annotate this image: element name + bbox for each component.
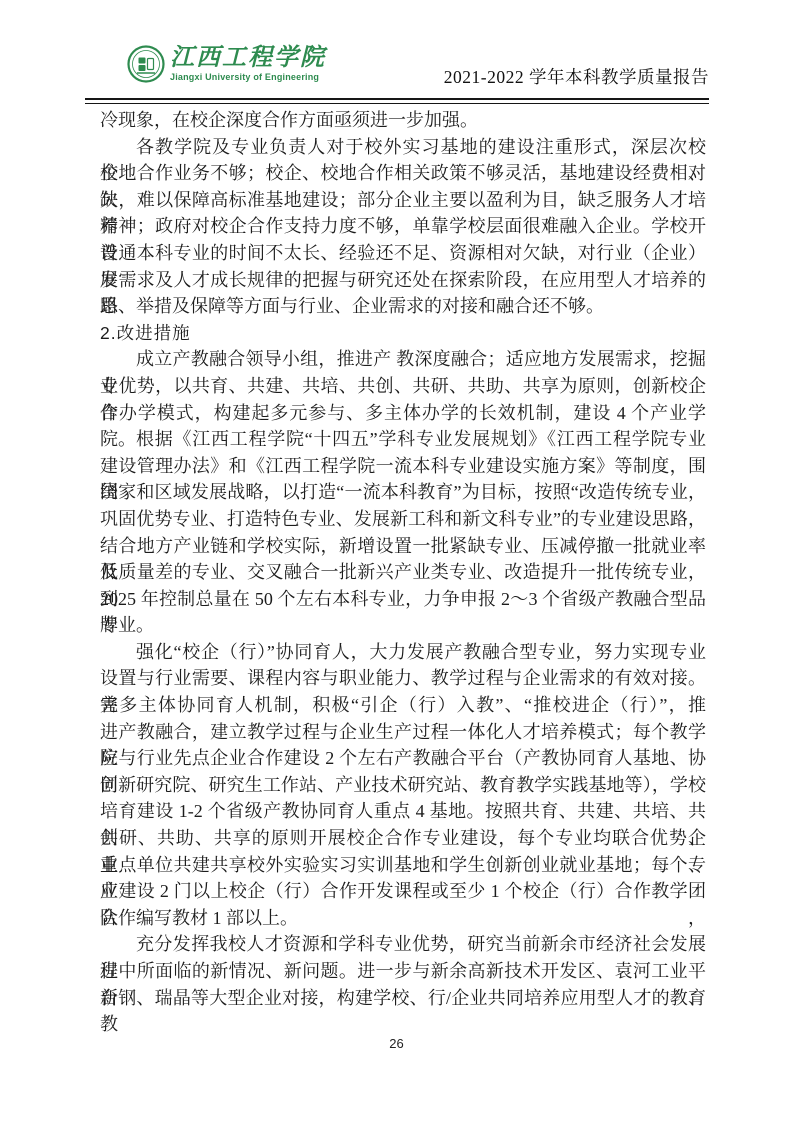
document-page: 江西工程学院 Jiangxi University of Engineering… [0,0,793,1122]
body-line: 专业。 [100,612,706,639]
body-line: 缺，难以保障高标准基地建设；部分企业主要以盈利为目，缺乏服务人才培养 [100,187,706,214]
body-line: 业优势，以共育、共建、共培、共创、共研、共助、共享为原则，创新校企合 [100,373,706,400]
university-name-en: Jiangxi University of Engineering [170,71,326,83]
body-line: 设置与行业需要、课程内容与职业能力、教学过程与企业需求的有效对接。完 [100,665,706,692]
body-line: 冷现象，在校企深度合作方面亟须进一步加强。 [100,107,706,134]
body-line: 展需求及人才成长规律的把握与研究还处在探索阶段，在应用型人才培养的思 [100,267,706,294]
section-heading: 2.改进措施 [100,320,706,347]
body-line: 新钢、瑞晶等大型企业对接，构建学校、行/企业共同培养应用型人才的教育教 [100,985,706,1012]
body-line: 根据《江西工程学院“十四五”学科专业发展规划》《江西工程学院专业 [100,426,706,453]
body-line: 国家和区域发展战略，以打造“一流本科教育”为目标，按照“改造传统专业， [100,479,706,506]
body-line: 普通本科专业的时间不太长、经验还不足、资源相对欠缺，对行业（企业）发 [100,240,706,267]
body-line: 及质量差的专业、交叉融合一批新兴产业类专业、改造提升一批传统专业，到 [100,559,706,586]
body-line: 创新研究院、研究生工作站、产业技术研究站、教育教学实践基地等），学校 [100,772,706,799]
body-line: 2025 年控制总量在 50 个左右本科专业，力争申报 2～3 个省级产教融合型… [100,586,706,613]
body-line: 善多主体协同育人机制，积极“引企（行）入教”、“推校进企（行）”，推 [100,692,706,719]
body-line: 重点单位共建共享校外实验实习实训基地和学生创新创业就业基地；每个专业 [100,852,706,879]
body-line: 精神；政府对校企合作支持力度不够，单靠学校层面很难融入企业。学校开设 [100,213,706,240]
university-logo: 江西工程学院 Jiangxi University of Engineering [127,45,326,83]
body-line: 结合地方产业链和学校实际，新增设置一批紧缺专业、压减停撤一批就业率低 [100,533,706,560]
university-name-zh: 江西工程学院 [170,45,326,71]
body-line: 各教学院及专业负责人对于校外实习基地的建设注重形式，深层次校企、 [100,134,706,161]
university-seal-icon [127,45,165,83]
body-line: 培育建设 1-2 个省级产教协同育人重点 4 基地。按照共育、共建、共培、共创、 [100,798,706,825]
body-line: 应与行业先点企业合作建设 2 个左右产教融合平台（产教协同育人基地、协同 [100,745,706,772]
body-line: 成立产教融合领导小组，推进产 教深度融合；适应地方发展需求，挖掘专 [100,346,706,373]
body-line: 校地合作业务不够；校企、校地合作相关政策不够灵活，基地建设经费相对欠 [100,160,706,187]
page-number: 26 [0,1036,793,1051]
body-line: 程中所面临的新情况、新问题。进一步与新余高新技术开发区、袁河工业平台、 [100,958,706,985]
body-line: 共研、共助、共享的原则开展校企合作专业建设，每个专业均联合优势企业、 [100,825,706,852]
body-line: 作办学模式，构建起多元参与、多主体办学的长效机制，建设 4 个产业学院。 [100,400,706,427]
body-line: 进产教融合，建立教学过程与企业生产过程一体化人才培养模式；每个教学院 [100,719,706,746]
body-line: 巩固优势专业、打造特色专业、发展新工科和新文科专业”的专业建设思路， [100,506,706,533]
body-line: 路、举措及保障等方面与行业、企业需求的对接和融合还不够。 [100,293,706,320]
body-line: 应建设 2 门以上校企（行）合作开发课程或至少 1 个校企（行）合作教学团队， [100,878,706,905]
report-title: 2021-2022 学年本科教学质量报告 [444,64,709,89]
body-line: 建设管理办法》和《江西工程学院一流本科专业建设实施方案》等制度，围绕 [100,453,706,480]
header-divider [85,98,709,104]
body-line: 强化“校企（行）”协同育人，大力发展产教融合型专业，努力实现专业 [100,639,706,666]
body-line: 充分发挥我校人才资源和学科专业优势，研究当前新余市经济社会发展进 [100,931,706,958]
body-text: 冷现象，在校企深度合作方面亟须进一步加强。各教学院及专业负责人对于校外实习基地的… [100,107,706,1011]
